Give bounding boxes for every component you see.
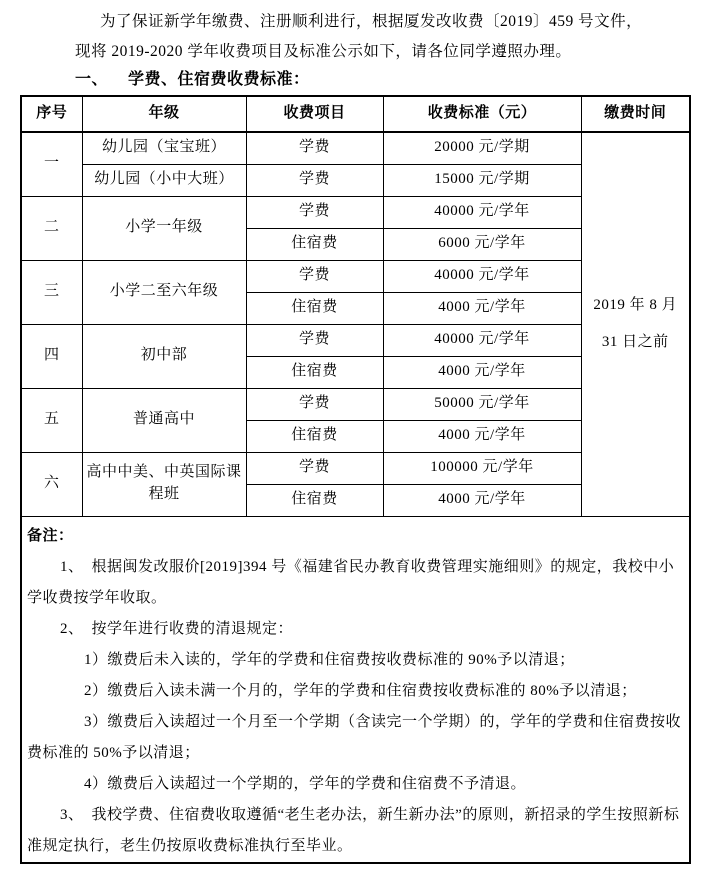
col-header-grade: 年级 [82,96,246,132]
group-index: 一 [21,132,82,196]
remark-item: 1、 根据闽发改服价[2019]394 号《福建省民办教育收费管理实施细则》的规… [27,552,681,614]
fee-cell: 4000 元/学年 [383,420,581,452]
item-cell: 住宿费 [246,292,383,324]
fee-cell: 100000 元/学年 [383,452,581,484]
item-cell: 学费 [246,260,383,292]
remark-subitem: 3）缴费后入读超过一个月至一个学期（含读完一个学期）的，学年的学费和住宿费按收费… [27,707,681,769]
fee-table: 序号 年级 收费项目 收费标准（元） 缴费时间 一 幼儿园（宝宝班） 学费 20… [20,95,691,864]
section-heading: 一、学费、住宿费收费标准： [75,66,310,89]
grade-cell: 幼儿园（小中大班） [82,164,246,196]
intro-line-1: 为了保证新学年缴费、注册顺利进行，根据厦发改收费〔2019〕459 号文件， [100,9,642,31]
item-cell: 住宿费 [246,228,383,260]
col-header-item: 收费项目 [246,96,383,132]
section-heading-number: 一、 [75,71,108,88]
remark-subitem: 4）缴费后入读超过一个学期的，学年的学费和住宿费不予清退。 [27,769,681,800]
fee-cell: 4000 元/学年 [383,484,581,516]
remark-item: 3、 我校学费、住宿费收取遵循“老生老办法，新生新办法”的原则，新招录的学生按照… [27,800,681,862]
fee-cell: 6000 元/学年 [383,228,581,260]
item-cell: 住宿费 [246,484,383,516]
group-index: 二 [21,196,82,260]
grade-cell: 高中中美、中英国际课程班 [82,452,246,516]
item-cell: 住宿费 [246,356,383,388]
table-header-row: 序号 年级 收费项目 收费标准（元） 缴费时间 [21,96,690,132]
fee-cell: 40000 元/学年 [383,324,581,356]
item-cell: 学费 [246,388,383,420]
item-cell: 学费 [246,132,383,164]
group-index: 四 [21,324,82,388]
item-cell: 学费 [246,164,383,196]
col-header-time: 缴费时间 [581,96,690,132]
fee-cell: 40000 元/学年 [383,196,581,228]
remark-subitem: 1）缴费后未入读的，学年的学费和住宿费按收费标准的 90%予以清退； [27,645,681,676]
section-heading-title: 学费、住宿费收费标准： [128,71,310,88]
fee-cell: 4000 元/学年 [383,356,581,388]
grade-cell: 初中部 [82,324,246,388]
grade-cell: 普通高中 [82,388,246,452]
table-row: 一 幼儿园（宝宝班） 学费 20000 元/学期 2019 年 8 月 31 日… [21,132,690,164]
remark-item: 2、 按学年进行收费的清退规定： [27,614,681,645]
group-index: 三 [21,260,82,324]
col-header-index: 序号 [21,96,82,132]
fee-cell: 4000 元/学年 [383,292,581,324]
item-cell: 学费 [246,196,383,228]
col-header-standard: 收费标准（元） [383,96,581,132]
item-cell: 住宿费 [246,420,383,452]
remark-subitem: 2）缴费后入读未满一个月的，学年的学费和住宿费按收费标准的 80%予以清退； [27,676,681,707]
payment-time-line-1: 2019 年 8 月 [582,287,690,324]
fee-cell: 40000 元/学年 [383,260,581,292]
group-index: 六 [21,452,82,516]
item-cell: 学费 [246,324,383,356]
grade-cell: 小学二至六年级 [82,260,246,324]
item-cell: 学费 [246,452,383,484]
group-index: 五 [21,388,82,452]
remarks-label: 备注： [27,521,681,552]
fee-cell: 20000 元/学期 [383,132,581,164]
remarks-cell: 备注： 1、 根据闽发改服价[2019]394 号《福建省民办教育收费管理实施细… [21,516,690,863]
intro-line-2: 现将 2019-2020 学年收费项目及标准公示如下，请各位同学遵照办理。 [75,39,571,61]
grade-cell: 小学一年级 [82,196,246,260]
remarks-row: 备注： 1、 根据闽发改服价[2019]394 号《福建省民办教育收费管理实施细… [21,516,690,863]
payment-time-line-2: 31 日之前 [582,324,690,361]
fee-cell: 50000 元/学年 [383,388,581,420]
payment-time-cell: 2019 年 8 月 31 日之前 [581,132,690,516]
fee-cell: 15000 元/学期 [383,164,581,196]
grade-cell: 幼儿园（宝宝班） [82,132,246,164]
